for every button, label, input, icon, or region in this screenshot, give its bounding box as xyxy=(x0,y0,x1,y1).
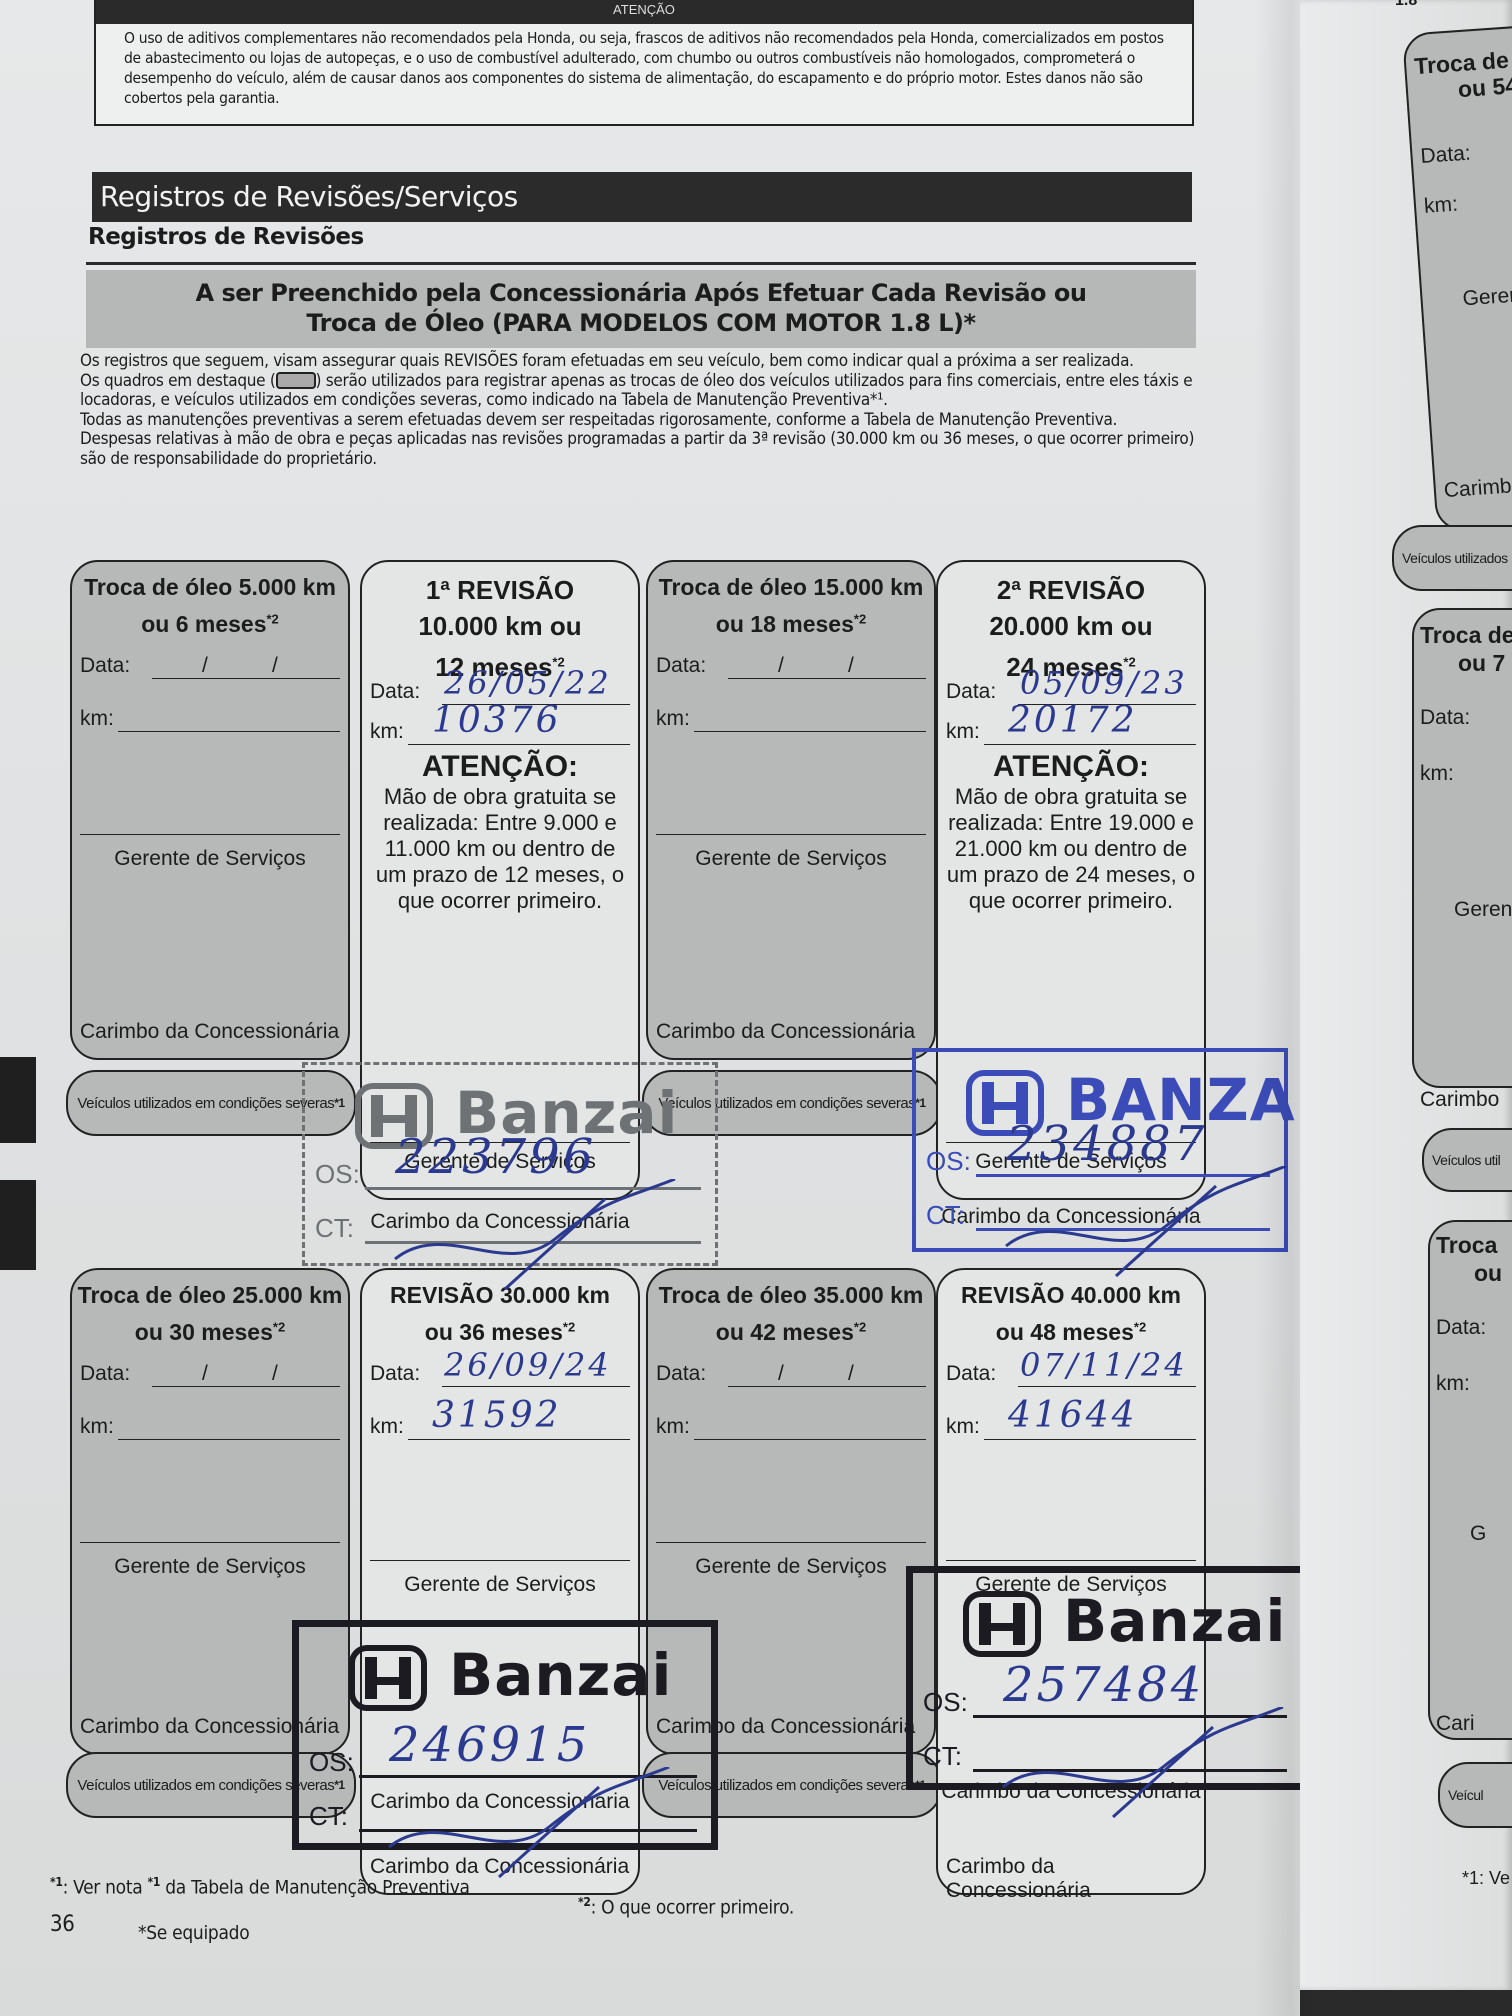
divider xyxy=(86,262,1196,265)
footnote-mark: *2 xyxy=(854,1319,866,1334)
km-label: km: xyxy=(80,1415,114,1439)
dealer-stamp: BanzaiOS:CT:246915 xyxy=(292,1620,718,1850)
stamp-brand: Banzai xyxy=(449,1641,672,1709)
card-title-line: ou 6 meses*2 xyxy=(141,611,279,637)
footnote-mark: *2 xyxy=(578,1895,591,1909)
signature-icon xyxy=(385,1179,685,1299)
right-header-fragment: 1.8 xyxy=(1395,0,1417,10)
right-severe-pill: Veículos util xyxy=(1422,1128,1512,1192)
card-title: REVISÃO 40.000 kmou 48 meses*2 xyxy=(938,1280,1204,1348)
dealer-stamp: BanzaiOS:CT:257484 xyxy=(906,1566,1308,1790)
card-title: Troca de óleo 35.000 kmou 42 meses*2 xyxy=(648,1280,934,1348)
dealer-stamp: BanzaiOS:CT:223796 xyxy=(302,1062,718,1266)
manual-page-right: 1.8 Troca de óleo ou 54 m Data: km: Gere… xyxy=(1300,0,1512,1990)
date-separator: / xyxy=(272,654,278,678)
date-label: Data: xyxy=(370,1362,420,1386)
free-labor-notice: ATENÇÃO:Mão de obra gratuita se realizad… xyxy=(938,750,1204,914)
signature-icon xyxy=(993,1707,1293,1827)
date-separator: / xyxy=(778,1362,784,1386)
right-severe-pill: Veículos utilizados xyxy=(1392,525,1512,591)
section-title: Registros de Revisões/Serviços xyxy=(100,180,518,213)
subsection-title: Registros de Revisões xyxy=(88,224,364,250)
attention-body: Mão de obra gratuita se realizada: Entre… xyxy=(362,784,638,914)
dealer-stamp-label: Carimbo da Concessionária xyxy=(72,1020,348,1044)
binder-tab xyxy=(0,1180,36,1270)
km-label: km: xyxy=(946,1415,980,1439)
signature-line xyxy=(946,1560,1196,1561)
dealer-stamp: BANZAIOS:CT:234887 xyxy=(912,1048,1288,1252)
footnote-text: : Ver nota xyxy=(63,1876,148,1898)
card-title-line: Troca de óleo 15.000 km xyxy=(659,574,924,600)
right-card-title: Troca de ó xyxy=(1420,622,1512,649)
right-footnote-fragment: *1: Ve xyxy=(1462,1868,1510,1889)
km-label: km: xyxy=(80,707,114,731)
handwritten-os-number: 223796 xyxy=(395,1129,596,1185)
date-label: Data: xyxy=(946,1362,996,1386)
date-separator: / xyxy=(272,1362,278,1386)
footnote-mark: *2 xyxy=(273,1319,285,1334)
card-title-line: ou 30 meses*2 xyxy=(135,1319,285,1345)
intro-text-fragment: Os quadros em destaque ( xyxy=(80,371,276,391)
signature-line xyxy=(656,834,926,835)
right-card-field: Data: xyxy=(1420,706,1470,730)
stamp-brand: Banzai xyxy=(1063,1587,1286,1655)
binder-tab xyxy=(0,1057,36,1143)
date-label: Data: xyxy=(656,1362,706,1386)
footnote-mark: *1 xyxy=(50,1875,63,1889)
manager-label: Gerente de Serviços xyxy=(648,1555,934,1579)
right-card: Troca de óleo ou 54 m Data: km: Gerente … xyxy=(1402,23,1512,533)
handwritten-os-number: 257484 xyxy=(1003,1657,1204,1713)
warning-box: ATENÇÃO O uso de aditivos complementares… xyxy=(94,0,1194,126)
signature-line xyxy=(370,1560,630,1561)
signature-icon xyxy=(379,1767,679,1887)
intro-paragraph: Os registros que seguem, visam assegurar… xyxy=(80,352,1210,372)
right-card-label: Carimbo da xyxy=(1443,472,1512,504)
oil-change-card: Troca de óleo 15.000 kmou 18 meses*2Data… xyxy=(646,560,936,1060)
handwritten-km: 31592 xyxy=(432,1395,562,1436)
card-title-line: ou 36 meses*2 xyxy=(425,1319,575,1345)
right-card-label: Cari xyxy=(1436,1712,1475,1736)
oil-change-card: Troca de óleo 5.000 kmou 6 meses*2Data:/… xyxy=(70,560,350,1060)
footnote-1: *1: Ver nota *1 da Tabela de Manutenção … xyxy=(50,1875,470,1898)
signature-line xyxy=(80,1542,340,1543)
os-label: OS: xyxy=(309,1747,354,1778)
severe-label: Veículos utilizados em condições severas xyxy=(77,1095,334,1112)
card-title: Troca de óleo 25.000 kmou 30 meses*2 xyxy=(72,1280,348,1348)
handwritten-km: 20172 xyxy=(1008,700,1138,741)
right-card-label: Gerente d xyxy=(1462,281,1512,311)
date-separator: / xyxy=(848,1362,854,1386)
date-separator: / xyxy=(202,1362,208,1386)
date-label: Data: xyxy=(656,654,706,678)
km-label: km: xyxy=(946,720,980,744)
card-title-line: 2ª REVISÃO xyxy=(997,575,1145,605)
card-title-line: ou 48 meses*2 xyxy=(996,1319,1146,1345)
handwritten-os-number: 246915 xyxy=(389,1717,590,1773)
dealer-stamp-label: Carimbo da Concessionária xyxy=(938,1855,1204,1903)
card-title: Troca de óleo 5.000 kmou 6 meses*2 xyxy=(72,572,348,640)
warning-text: O uso de aditivos complementares não rec… xyxy=(124,28,1172,108)
footnote-text: da Tabela de Manutenção Preventiva xyxy=(160,1876,470,1898)
right-card-field: Data: xyxy=(1420,142,1472,169)
dealer-stamp-label: Carimbo da Concessionária xyxy=(648,1020,934,1044)
handwritten-km: 10376 xyxy=(432,700,562,741)
date-separator: / xyxy=(848,654,854,678)
free-labor-notice: ATENÇÃO:Mão de obra gratuita se realizad… xyxy=(362,750,638,914)
footnote-2: *2: O que ocorrer primeiro. xyxy=(578,1895,794,1918)
card-title-line: 20.000 km ou xyxy=(989,611,1152,641)
banner-line-2: Troca de Óleo (PARA MODELOS COM MOTOR 1.… xyxy=(306,309,975,337)
handwritten-date: 26/05/22 xyxy=(444,664,612,702)
right-card-label: Carimbo xyxy=(1420,1088,1499,1112)
date-label: Data: xyxy=(80,654,130,678)
card-title-line: 10.000 km ou xyxy=(418,611,581,641)
footnote-mark: *2 xyxy=(854,611,866,626)
section-header: Registros de Revisões/Serviços xyxy=(92,172,1192,222)
right-card: Troca ou Data: km: G Cari xyxy=(1428,1220,1512,1740)
date-label: Data: xyxy=(946,680,996,704)
intro-paragraph: Despesas relativas à mão de obra e peças… xyxy=(80,430,1210,469)
honda-logo-icon xyxy=(349,1645,427,1711)
intro-text: Os registros que seguem, visam assegurar… xyxy=(80,352,1210,469)
ct-label: CT: xyxy=(315,1213,354,1244)
signature-line xyxy=(80,834,340,835)
right-card-title: Troca xyxy=(1436,1232,1497,1259)
intro-paragraph: Os quadros em destaque () serão utilizad… xyxy=(80,372,1210,411)
date-separator: / xyxy=(202,654,208,678)
attention-title: ATENÇÃO: xyxy=(362,750,638,784)
card-title-line: ou 42 meses*2 xyxy=(716,1319,866,1345)
manager-label: Gerente de Serviços xyxy=(362,1573,638,1597)
os-label: OS: xyxy=(923,1687,968,1718)
card-title-line: Troca de óleo 25.000 km xyxy=(78,1282,343,1308)
footnote-mark: *2 xyxy=(563,1319,575,1334)
banner-line-1: A ser Preenchido pela Concessionária Apó… xyxy=(196,279,1087,307)
date-label: Data: xyxy=(370,680,420,704)
right-card-label: Geren xyxy=(1454,898,1512,922)
right-card-label: G xyxy=(1470,1522,1486,1546)
footnote-mark: *1 xyxy=(148,1875,161,1889)
warning-title: ATENÇÃO xyxy=(96,2,1192,17)
card-title: Troca de óleo 15.000 kmou 18 meses*2 xyxy=(648,572,934,640)
ct-label: CT: xyxy=(309,1801,348,1832)
km-label: km: xyxy=(370,720,404,744)
card-title-line: ou 18 meses*2 xyxy=(716,611,866,637)
card-title-line: Troca de óleo 35.000 km xyxy=(659,1282,924,1308)
highlight-box-icon xyxy=(276,372,316,389)
right-card-field: km: xyxy=(1436,1372,1470,1396)
handwritten-km: 41644 xyxy=(1008,1395,1138,1436)
right-severe-pill: Veícul xyxy=(1438,1762,1512,1828)
handwritten-date: 26/09/24 xyxy=(444,1346,612,1384)
attention-title: ATENÇÃO: xyxy=(938,750,1204,784)
os-label: OS: xyxy=(315,1159,360,1190)
handwritten-os-number: 234887 xyxy=(1006,1116,1207,1172)
ct-label: CT: xyxy=(923,1741,962,1772)
attention-body: Mão de obra gratuita se realizada: Entre… xyxy=(938,784,1204,914)
warning-header: ATENÇÃO xyxy=(96,0,1192,24)
signature-line xyxy=(656,1542,926,1543)
km-label: km: xyxy=(656,707,690,731)
date-separator: / xyxy=(778,654,784,678)
footnote-mark: *2 xyxy=(1134,1319,1146,1334)
manual-page-left: ATENÇÃO O uso de aditivos complementares… xyxy=(0,0,1300,2016)
honda-logo-icon xyxy=(963,1591,1041,1657)
right-card-title: ou xyxy=(1474,1260,1502,1287)
manager-label: Gerente de Serviços xyxy=(72,1555,348,1579)
ct-label: CT: xyxy=(926,1200,965,1231)
page-number: 36 xyxy=(50,1912,75,1937)
right-card-field: Data: xyxy=(1436,1316,1486,1340)
manager-label: Gerente de Serviços xyxy=(72,847,348,871)
signature-icon xyxy=(996,1166,1296,1286)
intro-paragraph: Todas as manutenções preventivas a serem… xyxy=(80,411,1210,431)
handwritten-date: 07/11/24 xyxy=(1020,1346,1188,1384)
right-card-field: km: xyxy=(1423,193,1458,219)
instructions-banner: A ser Preenchido pela Concessionária Apó… xyxy=(86,270,1196,348)
km-label: km: xyxy=(370,1415,404,1439)
date-label: Data: xyxy=(80,1362,130,1386)
footnote-text: : O que ocorrer primeiro. xyxy=(591,1896,795,1918)
right-card-title: ou 54 m xyxy=(1457,70,1512,103)
handwritten-date: 05/09/23 xyxy=(1020,664,1188,702)
right-card: Troca de ó ou 7 Data: km: Geren Carimbo xyxy=(1412,608,1512,1088)
right-card-title: ou 7 xyxy=(1458,650,1505,677)
os-label: OS: xyxy=(926,1146,971,1177)
right-card-field: km: xyxy=(1420,762,1454,786)
km-label: km: xyxy=(656,1415,690,1439)
manager-label: Gerente de Serviços xyxy=(648,847,934,871)
footnote-mark: *2 xyxy=(267,611,279,626)
card-title-line: Troca de óleo 5.000 km xyxy=(84,574,336,600)
card-title-line: 1ª REVISÃO xyxy=(426,575,574,605)
equipped-note: *Se equipado xyxy=(138,1922,249,1944)
